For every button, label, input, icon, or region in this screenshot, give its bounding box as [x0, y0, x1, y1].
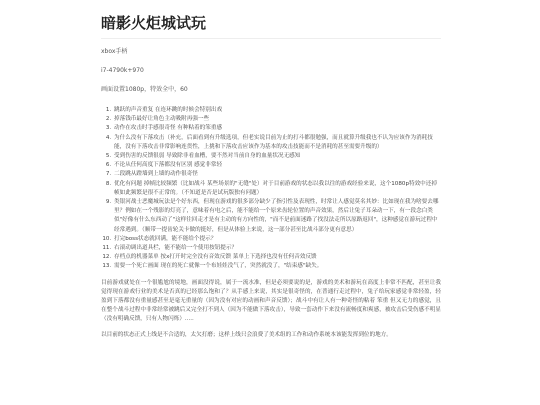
meta-controller: xbox手柄 [101, 48, 441, 56]
list-item: 受到伤害的反馈很弱 导致除非看血槽，要不然对当前自身的血量状况无感知 [113, 152, 441, 161]
conclusion-paragraph: 以目前的状态正式上线是不合适的，太欠打磨；这样上线只会浪费了美术组的工作和动作系… [101, 331, 441, 340]
list-item: 跳跃的声音重复 在连环跳的时候会特别出戏 [113, 106, 441, 115]
meta-hardware: i7-4790k+970 [101, 67, 441, 75]
list-item: 不论从任何高度下落都没有区别 感觉非常轻 [113, 161, 441, 170]
list-item: 存档点的机器菜单 按x打开时完全没有音效反馈 菜单上下选择也没有任何音效反馈 [113, 253, 441, 262]
list-item: 掉落钱币最好让角色主动吸附再强一些 [113, 115, 441, 124]
list-item: 类银河战士恶魔城玩法是个好东西，但现在游戏的很多部分缺少了指引性及表现性，时常让… [113, 198, 441, 235]
summary-paragraph: 目前游戏就处在一个很尴尬的境地，画面没得说，属于一流水准，但是必须要说的是，游戏… [101, 279, 441, 325]
meta-settings: 画面设置1080p，特效全中，60 [101, 86, 441, 94]
list-item: 优化有问题 掉帧比较频繁（比如战斗 某些场景的"无缝"处）对于目前游戏的状态以我… [113, 180, 441, 198]
list-item: 动作在攻击时手感很奇怪 有种粘着的笨重感 [113, 124, 441, 133]
list-item: 右滚动调出道具栏，能不能给一个使用按钮提示？ [113, 244, 441, 253]
list-item: 打完boss状态就回满，能不能给个提示？ [113, 235, 441, 244]
list-item: 为什么没有下落攻击（补充，后面看到有升级选项，但老实说目前为止的打斗都很勉强，而… [113, 134, 441, 152]
article: 暗影火炬城试玩 xbox手柄 i7-4790k+970 画面设置1080p，特效… [101, 12, 441, 340]
issues-list: 跳跃的声音重复 在连环跳的时候会特别出戏 掉落钱币最好让角色主动吸附再强一些 动… [101, 106, 441, 272]
list-item: 二段跳从蹬墙到上墙的动作很奇怪 [113, 170, 441, 179]
list-item: 需要一个死亡画面 现在的死亡就像一个布娃娃没气了，突然就没了，"结束感"缺失。 [113, 262, 441, 271]
page-title: 暗影火炬城试玩 [101, 12, 441, 39]
